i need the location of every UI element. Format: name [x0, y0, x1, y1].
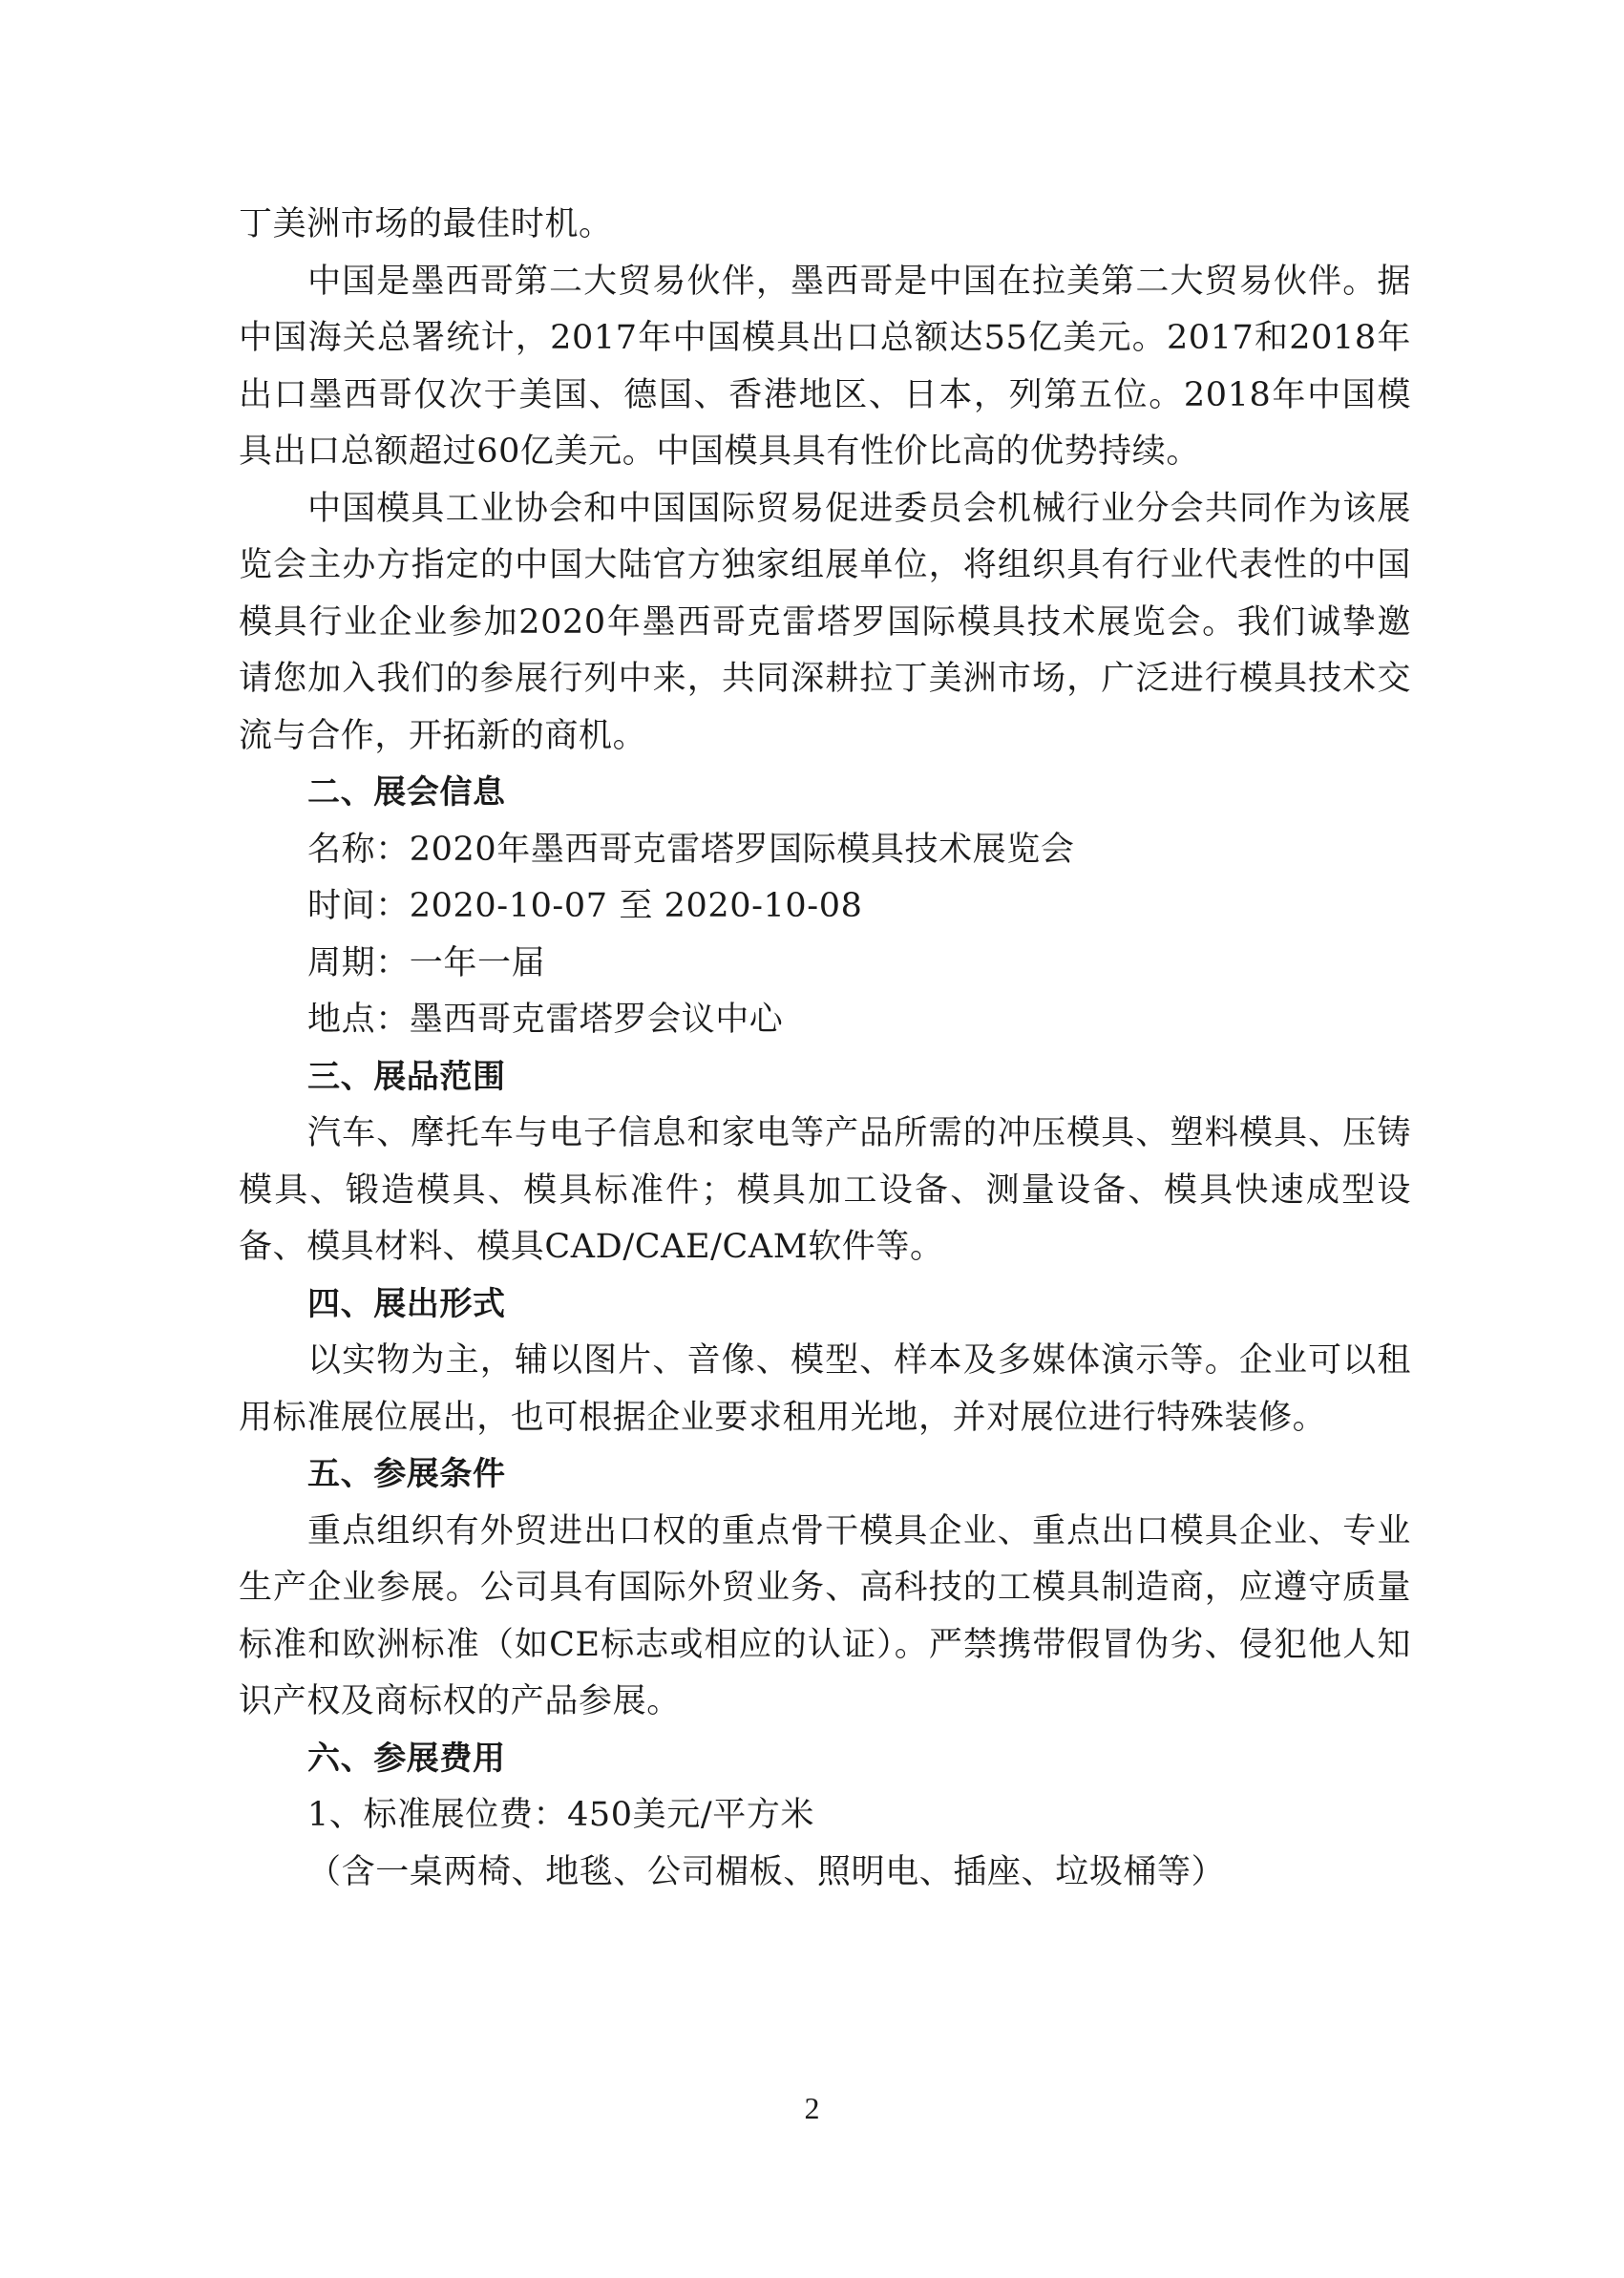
section-heading-participation-conditions: 五、参展条件 — [239, 1446, 1411, 1504]
fee-item-standard-booth: 1、标准展位费：450美元/平方米 — [239, 1787, 1411, 1845]
exhibition-name-line: 名称：2020年墨西哥克雷塔罗国际模具技术展览会 — [239, 822, 1411, 879]
exhibition-time-line: 时间：2020-10-07 至 2020-10-08 — [239, 878, 1411, 936]
exhibition-cycle-line: 周期：一年一届 — [239, 936, 1411, 993]
section-heading-participation-fees: 六、参展费用 — [239, 1731, 1411, 1788]
fee-item-standard-booth-note: （含一桌两椅、地毯、公司楣板、照明电、插座、垃圾桶等） — [239, 1845, 1411, 1902]
section-heading-exhibit-scope: 三、展品范围 — [239, 1049, 1411, 1107]
section-heading-exhibition-info: 二、展会信息 — [239, 765, 1411, 822]
exhibition-venue-line: 地点：墨西哥克雷塔罗会议中心 — [239, 992, 1411, 1049]
paragraph-exhibition-format: 以实物为主，辅以图片、音像、模型、样本及多媒体演示等。企业可以租用标准展位展出，… — [239, 1333, 1411, 1446]
paragraph-organizer-invitation: 中国模具工业协会和中国国际贸易促进委员会机械行业分会共同作为该展览会主办方指定的… — [239, 481, 1411, 766]
paragraph-trade-statistics: 中国是墨西哥第二大贸易伙伴，墨西哥是中国在拉美第二大贸易伙伴。据中国海关总署统计… — [239, 254, 1411, 481]
page-number: 2 — [0, 2091, 1624, 2126]
document-page: 丁美洲市场的最佳时机。 中国是墨西哥第二大贸易伙伴，墨西哥是中国在拉美第二大贸易… — [239, 197, 1411, 1901]
paragraph-participation-conditions: 重点组织有外贸进出口权的重点骨干模具企业、重点出口模具企业、专业生产企业参展。公… — [239, 1504, 1411, 1731]
paragraph-intro-continuation: 丁美洲市场的最佳时机。 — [239, 197, 1411, 254]
paragraph-exhibit-scope: 汽车、摩托车与电子信息和家电等产品所需的冲压模具、塑料模具、压铸模具、锻造模具、… — [239, 1106, 1411, 1276]
section-heading-exhibition-format: 四、展出形式 — [239, 1276, 1411, 1334]
